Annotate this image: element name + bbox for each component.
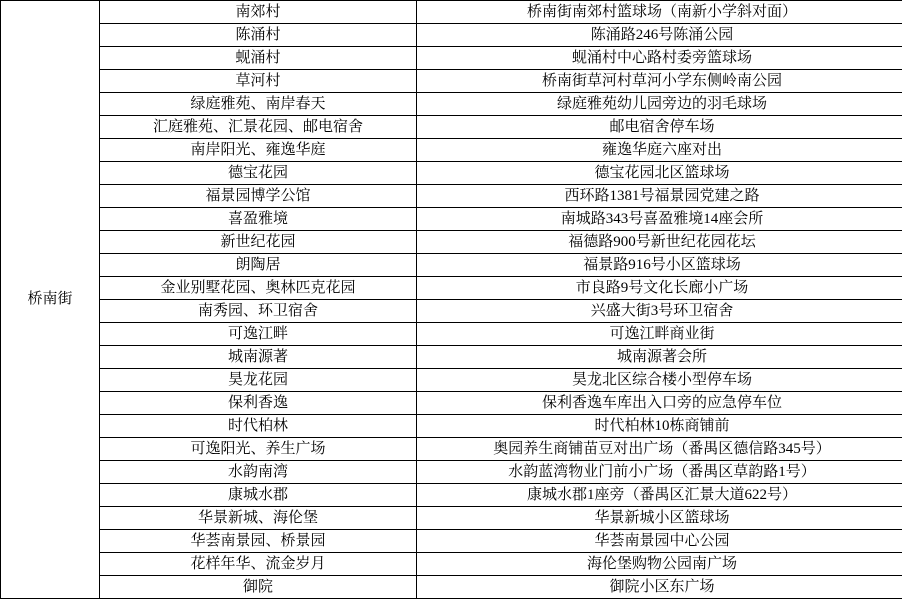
location-cell: 雍逸华庭六座对出 bbox=[417, 139, 902, 162]
table-row: 花样年华、流金岁月海伦堡购物公园南广场 bbox=[1, 553, 902, 576]
location-cell: 蚬涌村中心路村委旁篮球场 bbox=[417, 47, 902, 70]
community-cell: 时代柏林 bbox=[100, 415, 417, 438]
table-row: 喜盈雅境南城路343号喜盈雅境14座会所 bbox=[1, 208, 902, 231]
table-row: 昊龙花园昊龙北区综合楼小型停车场 bbox=[1, 369, 902, 392]
community-cell: 绿庭雅苑、南岸春天 bbox=[100, 93, 417, 116]
location-cell: 御院小区东广场 bbox=[417, 576, 902, 599]
community-cell: 新世纪花园 bbox=[100, 231, 417, 254]
table-row: 可逸阳光、养生广场奥园养生商铺苗豆对出广场（番禺区德信路345号） bbox=[1, 438, 902, 461]
community-cell: 草河村 bbox=[100, 70, 417, 93]
location-cell: 市良路9号文化长廊小广场 bbox=[417, 277, 902, 300]
community-cell: 华景新城、海伦堡 bbox=[100, 507, 417, 530]
table-row: 水韵南湾水韵蓝湾物业门前小广场（番禺区草韵路1号） bbox=[1, 461, 902, 484]
location-cell: 绿庭雅苑幼儿园旁边的羽毛球场 bbox=[417, 93, 902, 116]
location-cell: 昊龙北区综合楼小型停车场 bbox=[417, 369, 902, 392]
location-cell: 可逸江畔商业街 bbox=[417, 323, 902, 346]
venues-table-body: 桥南街南郊村桥南街南郊村篮球场（南新小学斜对面）陈涌村陈涌路246号陈涌公园蚬涌… bbox=[1, 1, 902, 599]
table-row: 新世纪花园福德路900号新世纪花园花坛 bbox=[1, 231, 902, 254]
community-cell: 汇庭雅苑、汇景花园、邮电宿舍 bbox=[100, 116, 417, 139]
table-row: 朗陶居福景路916号小区篮球场 bbox=[1, 254, 902, 277]
location-cell: 福德路900号新世纪花园花坛 bbox=[417, 231, 902, 254]
table-row: 草河村桥南街草河村草河小学东侧岭南公园 bbox=[1, 70, 902, 93]
community-cell: 南岸阳光、雍逸华庭 bbox=[100, 139, 417, 162]
location-cell: 陈涌路246号陈涌公园 bbox=[417, 24, 902, 47]
community-cell: 昊龙花园 bbox=[100, 369, 417, 392]
table-row: 康城水郡康城水郡1座旁（番禺区汇景大道622号） bbox=[1, 484, 902, 507]
community-cell: 花样年华、流金岁月 bbox=[100, 553, 417, 576]
location-cell: 保利香逸车库出入口旁的应急停车位 bbox=[417, 392, 902, 415]
community-cell: 德宝花园 bbox=[100, 162, 417, 185]
community-cell: 水韵南湾 bbox=[100, 461, 417, 484]
table-row: 绿庭雅苑、南岸春天绿庭雅苑幼儿园旁边的羽毛球场 bbox=[1, 93, 902, 116]
location-cell: 华荟南景园中心公园 bbox=[417, 530, 902, 553]
location-cell: 兴盛大街3号环卫宿舍 bbox=[417, 300, 902, 323]
table-row: 御院御院小区东广场 bbox=[1, 576, 902, 599]
table-row: 桥南街南郊村桥南街南郊村篮球场（南新小学斜对面） bbox=[1, 1, 902, 24]
location-cell: 西环路1381号福景园党建之路 bbox=[417, 185, 902, 208]
community-cell: 喜盈雅境 bbox=[100, 208, 417, 231]
table-row: 华荟南景园、桥景园华荟南景园中心公园 bbox=[1, 530, 902, 553]
table-row: 保利香逸保利香逸车库出入口旁的应急停车位 bbox=[1, 392, 902, 415]
community-cell: 城南源著 bbox=[100, 346, 417, 369]
location-cell: 桥南街草河村草河小学东侧岭南公园 bbox=[417, 70, 902, 93]
location-cell: 城南源著会所 bbox=[417, 346, 902, 369]
street-cell: 桥南街 bbox=[1, 1, 100, 599]
community-cell: 金业别墅花园、奥林匹克花园 bbox=[100, 277, 417, 300]
community-cell: 可逸阳光、养生广场 bbox=[100, 438, 417, 461]
table-row: 福景园博学公馆西环路1381号福景园党建之路 bbox=[1, 185, 902, 208]
community-cell: 可逸江畔 bbox=[100, 323, 417, 346]
community-cell: 蚬涌村 bbox=[100, 47, 417, 70]
table-row: 南岸阳光、雍逸华庭雍逸华庭六座对出 bbox=[1, 139, 902, 162]
community-cell: 华荟南景园、桥景园 bbox=[100, 530, 417, 553]
location-cell: 时代柏林10栋商铺前 bbox=[417, 415, 902, 438]
location-cell: 华景新城小区篮球场 bbox=[417, 507, 902, 530]
community-cell: 康城水郡 bbox=[100, 484, 417, 507]
table-row: 蚬涌村蚬涌村中心路村委旁篮球场 bbox=[1, 47, 902, 70]
community-cell: 朗陶居 bbox=[100, 254, 417, 277]
community-cell: 陈涌村 bbox=[100, 24, 417, 47]
table-row: 可逸江畔可逸江畔商业街 bbox=[1, 323, 902, 346]
community-cell: 南郊村 bbox=[100, 1, 417, 24]
community-cell: 御院 bbox=[100, 576, 417, 599]
table-row: 金业别墅花园、奥林匹克花园市良路9号文化长廊小广场 bbox=[1, 277, 902, 300]
location-cell: 邮电宿舍停车场 bbox=[417, 116, 902, 139]
table-row: 陈涌村陈涌路246号陈涌公园 bbox=[1, 24, 902, 47]
location-cell: 水韵蓝湾物业门前小广场（番禺区草韵路1号） bbox=[417, 461, 902, 484]
table-row: 时代柏林时代柏林10栋商铺前 bbox=[1, 415, 902, 438]
table-row: 城南源著城南源著会所 bbox=[1, 346, 902, 369]
table-row: 德宝花园德宝花园北区篮球场 bbox=[1, 162, 902, 185]
table-row: 汇庭雅苑、汇景花园、邮电宿舍邮电宿舍停车场 bbox=[1, 116, 902, 139]
location-cell: 海伦堡购物公园南广场 bbox=[417, 553, 902, 576]
table-row: 华景新城、海伦堡华景新城小区篮球场 bbox=[1, 507, 902, 530]
location-cell: 福景路916号小区篮球场 bbox=[417, 254, 902, 277]
community-cell: 保利香逸 bbox=[100, 392, 417, 415]
location-cell: 桥南街南郊村篮球场（南新小学斜对面） bbox=[417, 1, 902, 24]
location-cell: 奥园养生商铺苗豆对出广场（番禺区德信路345号） bbox=[417, 438, 902, 461]
community-cell: 福景园博学公馆 bbox=[100, 185, 417, 208]
location-cell: 南城路343号喜盈雅境14座会所 bbox=[417, 208, 902, 231]
table-row: 南秀园、环卫宿舍兴盛大街3号环卫宿舍 bbox=[1, 300, 902, 323]
location-cell: 康城水郡1座旁（番禺区汇景大道622号） bbox=[417, 484, 902, 507]
street-venues-table: 桥南街南郊村桥南街南郊村篮球场（南新小学斜对面）陈涌村陈涌路246号陈涌公园蚬涌… bbox=[0, 0, 902, 599]
location-cell: 德宝花园北区篮球场 bbox=[417, 162, 902, 185]
community-cell: 南秀园、环卫宿舍 bbox=[100, 300, 417, 323]
